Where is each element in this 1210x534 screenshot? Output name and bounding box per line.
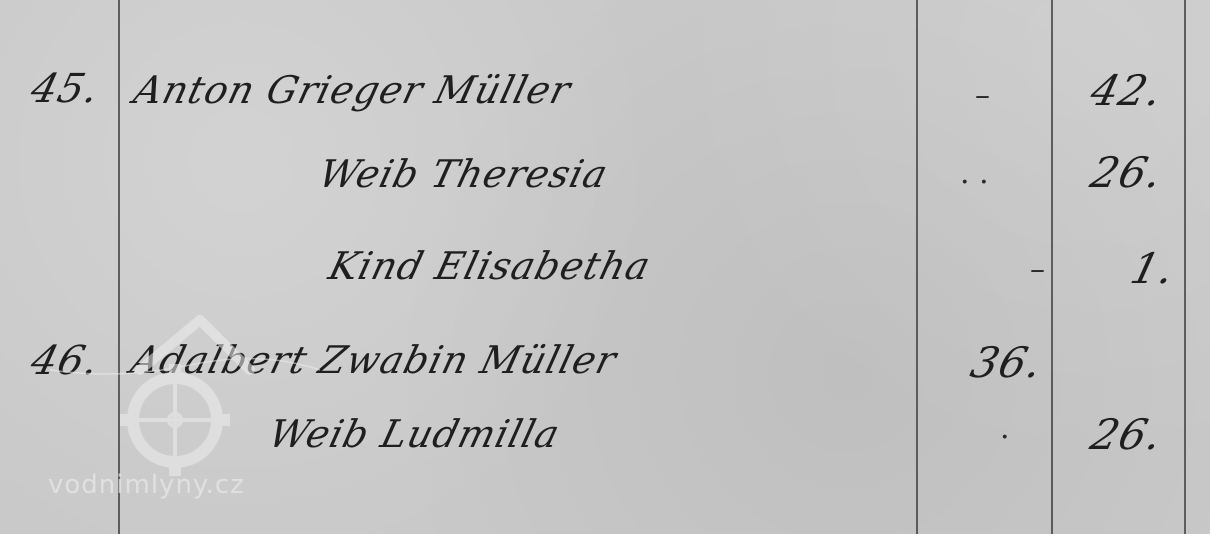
watermark-text: vodnimlyny.cz [48,470,245,500]
register-page: 45. Anton Grieger Müller – 42. Weib Ther… [0,0,1210,534]
entry-name: Kind Elisabetha [325,244,656,288]
column-rule-name [916,0,918,534]
entry-number: 45. [26,66,104,112]
row-dash: – [1030,252,1045,287]
column-rule-age-1 [1051,0,1053,534]
age-value: 1. [1126,244,1180,293]
row-dash: · [1000,420,1010,455]
row-dash: · · [960,165,989,200]
column-rule-age-2 [1184,0,1186,534]
age-value: 26. [1086,148,1168,197]
age-value: 36. [966,338,1048,387]
entry-name: Anton Grieger Müller [130,68,576,112]
entry-name: Weib Theresia [315,152,613,196]
age-value: 26. [1086,410,1168,459]
row-dash: – [975,78,990,113]
age-value: 42. [1086,66,1168,115]
